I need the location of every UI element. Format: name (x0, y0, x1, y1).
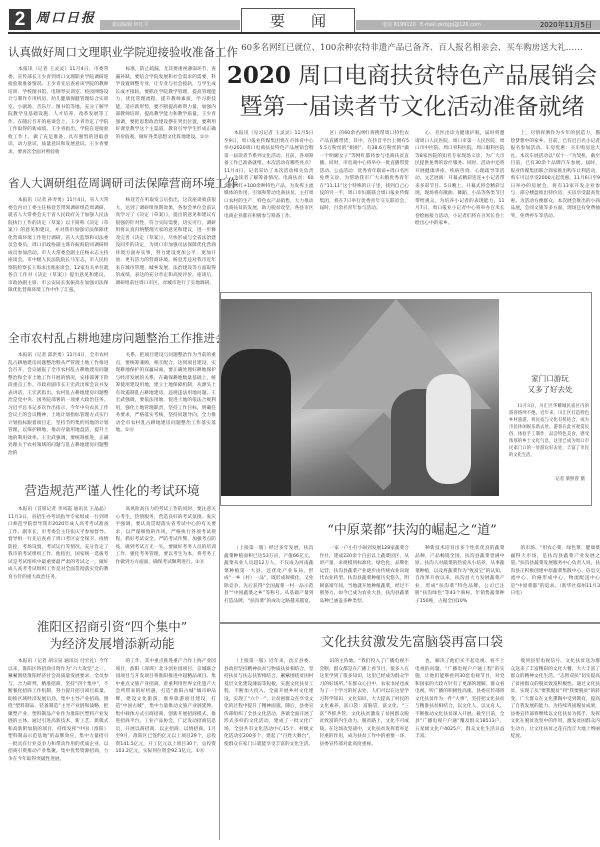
main-headline: 2020 周口电商扶贫特色产品展销会 暨第一届读者节文化活动准备就绪 (224, 60, 600, 123)
caption-title-line2: 又多了好去处 (511, 384, 589, 395)
article-body: 收到县里电视信号。文化扶贫送为群众送来了丰富精彩的文化大餐，大大丰富了群众的精神… (511, 658, 600, 843)
article-body: 本报讯（记者 邱洪勇）11月4日，全市农村乱占耕地建房问题整治暨从严管理土地工作… (8, 352, 109, 480)
article-vocational: 认真做好周口文理职业学院迎接验收准备工作 本报讯（记者 王灵灵）11月4日，市委… (8, 44, 216, 166)
headline: 营造规范严谨人性化的考试环境 (8, 482, 216, 500)
photo-caption-title: 家门口游玩 又多了好去处 (511, 373, 589, 395)
article-body: 的工作，其中重点推进重产合作上海产业园项目，淮阳（深圳）北斗创业园项目，京城联合… (116, 658, 217, 846)
headline: 省人大调研组莅周调研司法保障营商环境工作 (8, 175, 216, 191)
article-body: 一家一户小打小闹到发展128家蔬菜合作社，建成220余个百亩以上蔬菜园区，从讲产… (320, 545, 410, 605)
headline-year: 2020 (227, 62, 291, 89)
headline-line2: 暨第一届读者节文化活动准备就绪 (224, 92, 600, 123)
article-body: 也，解决了他们买不起电视、看不上电视的问题，“广播电视户户通工程”的实施，让他们… (415, 658, 505, 843)
headline-line1: 淮阳区招商引资“四个集中” (8, 618, 216, 635)
issue-date: 2020年11月5日 (540, 20, 592, 30)
article-body: 本报讯（见习记者 王灵灵）11月5日至9日，周口报业传媒集团将在市体育中心举办2… (224, 130, 314, 278)
article-body: 杨登芳在听取发言后指出，这次座谈收获很大，达到了调研组预期效果，各参会单位会前认… (116, 197, 217, 317)
photo-credit: 记者 梁照曾 摄 (555, 476, 585, 483)
article-body: 种新技术培育出多个性状优良的蔬菜品种，产品畅销全国，扶沟县蔬菜誉满中原。扶沟人对… (415, 545, 505, 605)
paper-name-logo: 周口日报 (36, 10, 96, 28)
article-body: 标准，防止疏漏，尤其要重视薄弱环节，查漏补缺。要结合学院发展和社会需求的需要，科… (116, 66, 217, 166)
article-investment: 淮阳区招商引资“四个集中” 为经济发展增添新动能 本报讯（记者 胡宗泉 通讯员 … (8, 618, 216, 846)
editor-info: 新闻编辑 何红平 (112, 21, 149, 29)
photo-box: 家门口游玩 又多了好去处 11月3日，川汇区华耀城民宿区内的游客络绎不绝。近年来… (220, 292, 592, 506)
masthead-rule (8, 32, 600, 34)
article-body: 本报讯（记者 胡宗泉 通讯员 付宏礼）今年以来，淮阳区将招商引资作为“六大攻坚”… (8, 658, 109, 846)
phone-info: 电话 8199120 (382, 21, 416, 29)
article-body: 区）的60余名网红将携带周口特色农产品直播带货，其中，在抖音平台上拥有55.5万… (320, 130, 410, 278)
article-vegetable-body: （上接第一版）经过多年发展，扶沟蔬菜种植面积已达53万亩，产值66亿元，蔬菜从业… (224, 545, 600, 605)
article-ecommerce-body: 本报讯（见习记者 王灵灵）11月5日至9日，周口报业传媒集团将在市体育中心举办2… (224, 130, 600, 278)
article-body: 本报讯（记者 王灵灵）11月4日，市委常委、宣传部长王少青到周口文理职业学院调研… (8, 66, 109, 166)
article-body: （上接第一版）经过多年发展，扶沟蔬菜种植面积已达53万亩，产值66亿元，蔬菜从业… (224, 545, 314, 605)
article-farmland: 全市农村乱占耕地建房问题整治工作推进会召开 本报讯（记者 邱洪勇）11月4日，全… (8, 330, 216, 480)
page-number: 2 (9, 9, 31, 30)
baby-shape (426, 374, 471, 484)
headline: 全市农村乱占耕地建房问题整治工作推进会召开 (8, 330, 216, 346)
headline-line2: 为经济发展增添新动能 (8, 635, 216, 652)
news-photo (221, 299, 499, 496)
article-culture-body: （上接第一版）近年来，沈丘县委、县政府坚持精神扶贫与物质扶贫相结合，坚持扶贫与扶… (224, 658, 600, 843)
article-exam: 营造规范严谨人性化的考试环境 本报讯（首席记者 李凤霞 通讯员 王晶晶）11月3… (8, 482, 216, 604)
article-npc: 省人大调研组莅周调研司法保障营商环境工作 本报讯（记者 孙寿勇）11月4日，省人… (8, 175, 216, 317)
caption-title-line1: 家门口游玩 (511, 373, 589, 384)
article-body: 本报讯（记者 孙寿勇）11月4日，省人大常委会内司工委主任杨登芳带领调研组莅周调… (8, 197, 109, 317)
article-body: （上接第一版）近年来，沈丘县委、县政府坚持精神扶贫与物质扶贫相结合，坚持扶贫与扶… (224, 658, 314, 843)
headline: “中原菜都”扶沟的崛起之“道” (224, 522, 600, 540)
person-photographer-shape (221, 349, 291, 496)
article-body: 关系，把项目建设与问题整治作为当前的重点，要统筹兼顾，相互配合，达到项目建设、实… (116, 352, 217, 480)
article-body: 高风险高压力的考试工作的同时，要注意关心考生，热情服务，营造良好的考试氛围。张庆… (116, 506, 217, 604)
photo-caption-text: 11月3日，川汇区华耀城民宿区内的游客络绎不绝。近年来，川汇区打造特色乡村旅游，… (509, 403, 589, 459)
kicker: 60多名网红已就位、100余种农特非遗产品已备齐、百人报名相亲会、买车购房送大礼… (224, 42, 600, 54)
headline: 文化扶贫激发先富脑袋再富口袋 (224, 634, 600, 652)
article-body: 识的主阵地。“我们投入了广播电视不会断，群众都是在广播上看节目，很多人在这里学到… (320, 658, 410, 843)
section-title: 要闻 (241, 8, 355, 32)
article-body: 的市场。“用农心菜、绿色菜、健康菜赢得大市场，是扶沟县蔬菜产业发展之道。”扶沟县… (511, 545, 600, 605)
headline-line1-text: 周口电商扶贫特色产品展销会 (298, 63, 597, 89)
article-body: 上，尽情挥洒作为少年的创造力，描绘梦想中的家乡。目前，已有近百名小记者报名参加活… (511, 130, 600, 278)
section-divider (220, 622, 600, 624)
masthead: 2 周口日报 新闻编辑 何红平 要闻 电话 8199120 E-mail:zkr… (0, 0, 600, 34)
article-body: 心、名医出诊为健康护航，届时将邀请周口人民医院、周口市第一人民医院、周口市中医院… (415, 130, 505, 278)
email-info: E-mail:zkrbjpj@126.com (420, 21, 481, 29)
headline-line1: 2020 周口电商扶贫特色产品展销会 (224, 60, 600, 92)
headline: 认真做好周口文理职业学院迎接验收准备工作 (8, 44, 216, 60)
article-body: 本报讯（首席记者 李凤霞 通讯员 王晶晶）11月3日，省招生办考试指导专家组成一… (8, 506, 109, 604)
